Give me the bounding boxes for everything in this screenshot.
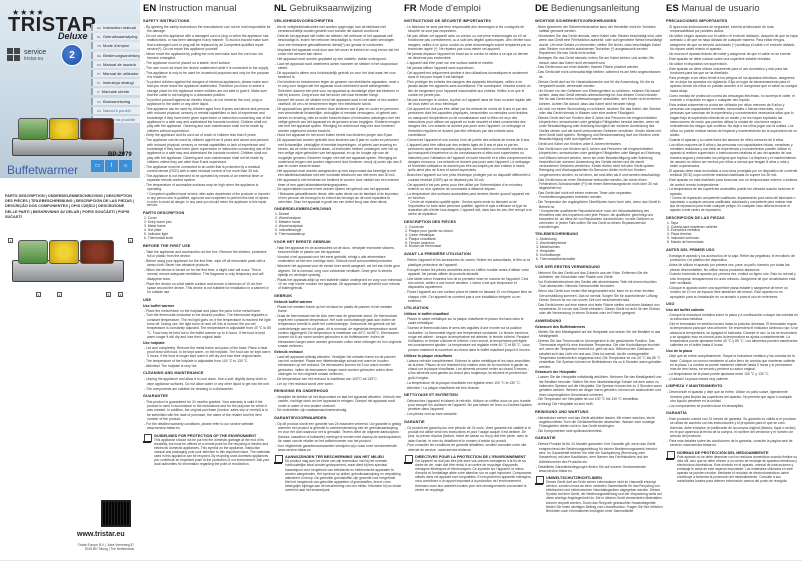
twitter-icon	[14, 55, 20, 61]
column-title: ES Manual de usuario	[666, 3, 798, 14]
company-address: Tristar Europe B.V. | Jules Verneweg 87 …	[68, 543, 134, 551]
use-hotplate-list: - Laat het apparaat volledig afkoelen. V…	[274, 355, 402, 386]
guarantee-list: - Este producto cuenta con 24 meses de g…	[666, 417, 798, 448]
environment-section: NORMAS DE PROTECCIÓN DEL MEDIOAMBIENTE E…	[666, 451, 798, 484]
bullet-item: - Verplaats het apparaat nooit door aan …	[274, 48, 402, 57]
bullet-item: - This appliance is not intended to be o…	[143, 174, 271, 183]
bullet-item: - Tournez le thermostat dans le sens des…	[404, 326, 532, 352]
bullet-item: - Om kinderen te beschermen tegen de gev…	[274, 80, 402, 97]
cleaning-list: - Netzstecker ziehen und das Gerät abküh…	[535, 416, 663, 434]
use-hotplate-heading: Utilisez la plaque chauffante	[404, 354, 532, 358]
bullet-item: - Het apparaat moet worden aangesloten o…	[274, 169, 402, 178]
warranty-badge-icon: 2	[61, 44, 83, 66]
bullet-item: - Beim Ignorieren der Sicherheitshinweis…	[535, 25, 663, 34]
bullet-item: - Attention ! La plaque chauffante est t…	[404, 386, 532, 390]
bullet-item: - Esta unidad solamente no podrá ser uti…	[666, 103, 798, 137]
safety-heading: SAFETY INSTRUCTIONS	[143, 19, 271, 23]
bullet-item: - Wanneer het apparaat voor de eerste ke…	[274, 264, 402, 277]
bullet-item: - Netzstecker ziehen und das Gerät abküh…	[535, 416, 663, 429]
bullet-item: - Stellen Sie den Metallgestell auf die …	[535, 330, 663, 339]
bullet-item: - Houd het apparaat en het snoer buiten …	[274, 133, 402, 137]
page-bottom-divider	[0, 560, 802, 561]
bullet-item: - Como medida de protección contra las d…	[666, 94, 798, 103]
bullet-item: - Het apparaat is niet bestemd om bedien…	[274, 178, 402, 187]
before-first-use-heading: AVANT LA PREMIÈRE UTILISATION	[404, 252, 532, 256]
parts-heading: ONDERDELENBESCHRIJVING	[274, 207, 402, 211]
bullet-item: - Het apparaat moet worden geplaatst op …	[274, 57, 402, 61]
qr-code	[101, 500, 131, 527]
product-tray-meat	[80, 118, 114, 140]
bullet-item: - Desenchufe el aparato y deje que se en…	[666, 390, 798, 403]
bullet-item: - The appliance can be used by children …	[143, 138, 271, 164]
bullet-item: - L'appareil doit être posé sur une surf…	[404, 61, 532, 65]
parts-list: 1. Tapa2. Cubeta para mantener caliente3…	[666, 222, 798, 245]
use-hotplate-heading: Gebruik rechaud	[274, 350, 402, 354]
bullet-item: - The user must not leave the device una…	[143, 66, 271, 70]
bullet-item: - Los niños mayores de 8 años y las pers…	[666, 143, 798, 169]
bullet-item: - Plaats het metalen frame op het rechau…	[274, 305, 402, 314]
safety-heading: INSTRUCTIONS DE SÉCURITÉ IMPORTANTES	[404, 19, 532, 23]
bullet-item: - Detaillierte Garantiebedingungen finde…	[535, 465, 663, 474]
bullet-item: - This product is guaranteed for 24 mont…	[143, 400, 271, 421]
service-note: * Bekwame gekwalificeerde dienst: after-…	[274, 193, 402, 205]
diagram-tray-1	[18, 240, 48, 264]
use-buffet-heading: Gebruik buffet warmer	[274, 300, 402, 304]
part-item: 6. Thermostaatknop	[274, 233, 402, 237]
use-hotplate-list: - Laissez refroidir complètement. Enleve…	[404, 359, 532, 390]
language-tab-pt: PTManual de utilizador	[91, 70, 140, 77]
cleaning-heading: REINIGUNG UND WARTUNG	[535, 410, 663, 414]
bullet-item: - Pour protéger les enfants des dangers …	[404, 80, 532, 97]
bullet-item: - De onderdelen zijn vaatwasmachinebeste…	[274, 408, 402, 412]
safety-list: - Als de veiligheidsinstructies niet wor…	[274, 25, 402, 192]
bullet-item: - Laat het apparaat nooit onbeheerd acht…	[274, 62, 402, 71]
bullet-item: - For the detailed warranty conditions, …	[143, 422, 271, 431]
brand-subtitle: Deluxe	[58, 31, 88, 41]
bullet-item: - Guarde el aparato y su cable fuera del…	[666, 138, 798, 142]
bullet-item: - The components are suitable for cleani…	[143, 387, 271, 391]
bullet-item: - Para proteger a los niños frente a los…	[666, 76, 798, 93]
bullet-item: - Ce produit est garanti pour une périod…	[404, 426, 532, 443]
bullet-item: - This appliance is only to be used for …	[143, 71, 271, 80]
bullet-item: - When the device is turned on for the f…	[143, 268, 271, 281]
bullet-item: - Das Gerät muss auf einer stabilen, fla…	[535, 65, 663, 69]
bullet-item: - Das Gerät muss an einer Steckdose verb…	[535, 178, 663, 191]
parts-heading: DESCRIPTION DES PIÈCES	[404, 220, 532, 224]
environment-heading: GUIDELINES FOR PROTECTION OF THE ENVIRON…	[154, 434, 271, 438]
bullet-item: - Lassen Sie die Heizplatte vollständig …	[535, 375, 663, 396]
column-es: ES Manual de usuario PRECAUCIONES IMPORT…	[666, 0, 798, 566]
thermostat-icon: ⌇	[105, 160, 118, 172]
bullet-item: - Take the appliance and accessories out…	[143, 250, 271, 259]
service-label: service tristar.eu	[24, 49, 46, 63]
guarantee-list: - This product is guaranteed for 24 mont…	[143, 400, 271, 431]
column-title: DE Bedienungsanleitung	[535, 3, 663, 14]
parts-heading: DESCRIPCIÓN DE LAS PIEZAS	[666, 216, 798, 220]
bullet-item: - Este producto cuenta con 24 meses de g…	[666, 417, 798, 438]
guarantee-list: - Ce produit est garanti pour une périod…	[404, 426, 532, 452]
use-buffet-heading: Use buffet warmer	[143, 304, 271, 308]
bullet-item: - Este aparato se debe utilizar únicamen…	[666, 67, 798, 76]
before-first-use-heading: BEFORE THE FIRST USE	[143, 244, 271, 248]
parts-list: 1. Abdeckung2. Warmhaltepfanne3. Metallr…	[535, 238, 663, 261]
environment-text: This appliance should not be put into th…	[154, 438, 271, 467]
facebook-icon	[7, 48, 13, 54]
bullet-item: - La temperatura de la placa puede ajust…	[666, 372, 798, 376]
bullet-item: - Cet appareil ne doit pas être utilisé …	[404, 107, 532, 137]
bullet-item: - Drehen Sie das Thermostat im Uhrzeiger…	[535, 339, 663, 369]
social-icons	[7, 48, 21, 61]
column-nl: NL Gebruiksaanwijzing VEILIGHEIDSVOORSCH…	[274, 0, 402, 566]
bullet-item: - No mueva el aparato tirando del cable …	[666, 52, 798, 56]
bullet-item: - The temperature of accessible surfaces…	[143, 183, 271, 192]
guarantee-heading: GARANTÍA	[666, 411, 798, 415]
safety-list: - Le fabricant ne sera pas tenu responsa…	[404, 25, 532, 200]
use-hotplate-heading: Gebrauch der Heizplatte	[535, 370, 663, 374]
bullet-item: - Posez l'appareil sur une surface plane…	[404, 290, 532, 303]
crossed-bin-icon	[666, 451, 674, 460]
bullet-item: - Ne pas immerger le cordon, la prise ou…	[404, 98, 532, 107]
bullet-item: - By ignoring the safety instructions th…	[143, 25, 271, 34]
bullet-item: - Das Gerät darf nicht unbeaufsichtigt b…	[535, 70, 663, 79]
part-item: 6. Thermostatdrehschalter	[535, 258, 663, 262]
bullet-item: - La temperatura de las superficies acce…	[666, 187, 798, 196]
bullet-item: - The appliance must be connected to an …	[143, 165, 271, 174]
guarantee-list: - Dieses Produkt ist für 24 Monate garan…	[535, 442, 663, 473]
cleaning-list: - Verwijder de stekker uit het stopconta…	[274, 395, 402, 413]
bullet-item: - Placez le cadre métallique sur la plaq…	[404, 317, 532, 326]
cleaning-heading: LIMPIEZA Y MANTENIMIENTO	[666, 384, 798, 388]
bullet-item: - Das Gerät darf nicht mit einem externe…	[535, 191, 663, 200]
bullet-item: - This appliance can be used by children…	[143, 107, 271, 133]
callout-2: 2	[128, 238, 133, 243]
bullet-item: - Retirer l'appareil et les accessoires …	[404, 258, 532, 267]
safety-heading: VEILIGHEIDSVOORSCHRIFTEN	[274, 19, 402, 23]
bullet-item: - El aparato debe estar enchufado a una …	[666, 169, 798, 178]
bullet-item: - Dieses Gerät darf von Kindern über 8 J…	[535, 116, 663, 142]
crossed-bin-icon	[535, 476, 543, 485]
service-note: * Competent qualified repair service: af…	[143, 193, 271, 209]
bullet-item: - Gebruik het apparaat niet indien de st…	[274, 34, 402, 47]
bullet-item: - Este aparato se debe colocar sobre una…	[666, 57, 798, 61]
before-first-use-heading: ANTES DEL PRIMER USO	[666, 248, 798, 252]
bullet-item: - La température des surfaces accessible…	[404, 192, 532, 201]
environment-text: Este aparato no se debe desechar con los…	[677, 455, 798, 484]
bullet-item: - Extraiga el aparato y los accesorios d…	[666, 254, 798, 263]
language-tab-es: ESManual de usuario	[91, 61, 140, 68]
bullet-item: - Débranchez l'appareil et laissez-le re…	[404, 399, 532, 412]
environment-text: Dit product mag aan het einde van zijn l…	[285, 459, 402, 492]
use-heading: USE	[143, 298, 271, 302]
column-de: DE Bedienungsanleitung WICHTIGE SICHERHE…	[535, 0, 663, 566]
bullet-item: - To protect children against the danger…	[143, 80, 271, 97]
bullet-item: - Conservez l'appareil et son cordon hor…	[404, 138, 532, 142]
product-tray-vegetables	[18, 118, 48, 140]
service-note: * Kompetenter qualifizierter Reparaturse…	[535, 210, 663, 230]
bullet-item: - Vor Erstinbetriebnahme des Geräts alle…	[535, 280, 663, 289]
bullet-item: - Verwijder de stekker uit het stopconta…	[274, 395, 402, 408]
language-tab-nl: NLGebruiksaanwijzing	[91, 33, 140, 40]
bullet-item: - Before using your appliance for the fi…	[143, 259, 271, 268]
bullet-item: - Branchez l'appareil sur une prise élec…	[404, 173, 532, 182]
bullet-item: - Die Temperatur der Heizplatte ist von …	[535, 397, 663, 401]
crossed-bin-icon	[404, 455, 412, 464]
parts-list: 1. Couvercle2. Plaque pour garder au cha…	[404, 226, 532, 249]
bullet-item: - Draai de thermostaat met de klok mee n…	[274, 314, 402, 348]
before-first-use-list: - Extraiga el aparato y los accesorios d…	[666, 254, 798, 299]
bullet-item: - Unplug the appliance and allow it to c…	[143, 377, 271, 386]
bullet-item: - Para más detalles sobre las condicione…	[666, 439, 798, 448]
feature-icons: ▭ ⌇ ☼	[91, 160, 132, 172]
use-hotplate-heading: Use hotplate	[143, 341, 271, 345]
language-tab-it: ITManuale utente	[91, 88, 140, 95]
product-name: Buffetwarmer	[7, 163, 78, 177]
bullet-item: - Das Gerät kann von Kindern ab 8 Jahren…	[535, 147, 663, 177]
bullet-item: - Voor uitgebreide garantievoorwaarden v…	[274, 444, 402, 453]
use-buffet-list: - Place the metal frame on the hotplate …	[143, 309, 271, 340]
parts-description-header: PARTS DESCRIPTION | ONDERDELENBESCHRIJVI…	[5, 194, 137, 220]
bullet-item: - Um Kinder vor den Gefahren von Elektro…	[535, 89, 663, 106]
before-first-use-list: - Haal het apparaat en de accessoires ui…	[274, 246, 402, 291]
environment-section: DIRECTIVES POUR LA PROTECTION DE L'ENVIR…	[404, 455, 532, 492]
bullet-item: - To protect yourself against an electri…	[143, 98, 271, 107]
service-note: * Centro de reparación competente cualif…	[666, 197, 798, 213]
before-first-use-list: - Retirer l'appareil et les accessoires …	[404, 258, 532, 303]
use-buffet-list: - Placez le cadre métallique sur la plaq…	[404, 317, 532, 352]
column-title: EN Instruction manual	[143, 3, 271, 14]
service-text: service	[24, 49, 46, 56]
bullet-item: - Ne jamais utiliser l'appareil sans sup…	[404, 66, 532, 70]
safety-list: - By ignoring the safety instructions th…	[143, 25, 271, 192]
column-title: NL Gebruiksaanwijzing	[274, 3, 402, 14]
language-tab-de: DEBedienungsanleitung	[91, 52, 140, 59]
bullet-item: - Das Gerät immer auf eine ebene und fes…	[535, 303, 663, 316]
callout-3: 3	[36, 292, 41, 297]
safety-list: - Beim Ignorieren der Sicherheitshinweis…	[535, 25, 663, 209]
use-buffet-heading: Gebrauch des Buffetwärmers	[535, 325, 663, 329]
bullet-item: - Haal het apparaat en de accessoires ui…	[274, 246, 402, 255]
environment-section: UMWELTSCHUTZRICHTLINIEN Dieses Gerät dar…	[535, 476, 663, 513]
bullet-item: - The appliance must be placed on a stab…	[143, 61, 271, 65]
lamp-icon: ☼	[119, 160, 132, 172]
cleaning-list: - Débranchez l'appareil et laissez-le re…	[404, 399, 532, 417]
guarantee-heading: GARANTIE	[535, 436, 663, 440]
bullet-item: - Als de veiligheidsinstructies niet wor…	[274, 25, 402, 34]
guarantee-heading: GUARANTEE	[143, 394, 271, 398]
safety-list: - Si ignora las instrucciones de segurid…	[666, 25, 798, 196]
parts-heading: TEILEBESCHREIBUNG	[535, 232, 663, 236]
use-buffet-list: - Plaats het metalen frame op het rechau…	[274, 305, 402, 349]
bullet-item: - Laat het apparaat volledig afkoelen. V…	[274, 355, 402, 376]
use-buffet-list: - Stellen Sie den Metallgestell auf die …	[535, 330, 663, 369]
bullet-item: - Ne jamais déplacer l'appareil en tiran…	[404, 52, 532, 61]
use-heading: USO	[666, 302, 798, 306]
before-first-use-list: - Nehmen Sie das Gerät und das Zubehör a…	[535, 271, 663, 316]
bullet-item: - De temperatuur van het rechaud is inst…	[274, 377, 402, 381]
bullet-item: - Turn the thermostat clockwise to the d…	[143, 313, 271, 339]
part-item: 6. Thermostat knob	[143, 237, 271, 241]
bullet-item: - Bewegen Sie das Gerät niemals, indem S…	[535, 56, 663, 65]
use-hotplate-list: - Deje que se enfríe completamente. Saqu…	[666, 354, 798, 381]
bullet-item: - Achtung! Die Heizplatte ist sehr heiß.	[535, 402, 663, 406]
environment-section: GUIDELINES FOR PROTECTION OF THE ENVIRON…	[143, 434, 271, 467]
bullet-item: - Deje que se enfríe completamente. Saqu…	[666, 354, 798, 371]
column-title: FR Mode d'emploi	[404, 3, 532, 14]
bullet-item: - Keep the appliance and its cord out of…	[143, 133, 271, 137]
diagram-tray-3	[80, 240, 114, 264]
guarantee-heading: GARANTIE	[404, 420, 532, 424]
crossed-bin-icon	[143, 434, 151, 443]
bullet-item: - Place the device on a flat stable surf…	[143, 282, 271, 295]
use-hotplate-list: - Lassen Sie die Heizplatte vollständig …	[535, 375, 663, 406]
use-buffet-heading: Uso del buffet caliente	[666, 308, 798, 312]
bullet-item: - Ne pas utiliser cet appareil avec un c…	[404, 34, 532, 51]
language-tab-fr: FRMode d'emploi	[91, 42, 140, 49]
safety-heading: WICHTIGE SICHERHEITSVORKEHRUNGEN	[535, 19, 663, 23]
bullet-item: - La température de la plaque chauffante…	[404, 381, 532, 385]
bullet-item: - ¡Cuidado! La placa estará muy caliente…	[666, 377, 798, 381]
bullet-item: - Let cool completely. Remove the metal …	[143, 346, 271, 359]
use-hotplate-list: - Let cool completely. Remove the metal …	[143, 346, 271, 369]
use-heading: ANWENDUNG	[535, 319, 663, 323]
bullet-item: - Cet appareil n'est pas prévu pour être…	[404, 183, 532, 192]
bullet-item: - Si ignora las instrucciones de segurid…	[666, 25, 798, 34]
bullet-item: - Nehmen Sie das Gerät und das Zubehör a…	[535, 271, 663, 280]
bullet-item: - No utilice el dispositivo sin supervis…	[666, 62, 798, 66]
language-tab-sv: SVBruksanvisning	[91, 98, 140, 105]
safety-heading: PRECAUCIONES IMPORTANTES	[666, 19, 798, 23]
cleaning-heading: REINIGING EN ONDERHOUD	[274, 389, 402, 393]
language-tab-pl: PLInstrukcja obsługi	[91, 79, 140, 86]
bullet-item: - Die Komponenten sind spülmaschinenfest…	[535, 429, 663, 433]
callout-1: 1	[8, 238, 13, 243]
bullet-item: - Do not use this appliance with a damag…	[143, 34, 271, 51]
bullet-item: - Gire el termostato en sentido horario …	[666, 322, 798, 348]
use-hotplate-heading: Uso de la placa	[666, 349, 798, 353]
bullet-item: - Verwenden Sie das Gerät niemals, wenn …	[535, 34, 663, 55]
bullet-item: - Dieses Gerät darf nur für Haushaltszwe…	[535, 80, 663, 89]
bullet-item: - Cuando encienda el aparato por primera…	[666, 272, 798, 285]
service-note: * Centre de réparation qualifié agréé : …	[404, 201, 532, 217]
website-link[interactable]: www.tristar.eu	[77, 531, 125, 538]
bullet-item: - Op dit product wordt een garantie van …	[274, 422, 402, 443]
bullet-item: - Die Temperatur der zugänglichen Oberfl…	[535, 200, 663, 209]
bullet-item: - Wenn das Gerät zum ersten Mal eingesch…	[535, 289, 663, 302]
bullet-item: - Um sich vor einem Stromschlag zu schüt…	[535, 107, 663, 116]
before-first-use-heading: VOOR HET EERSTE GEBRUIK	[274, 240, 402, 244]
language-tab-en: ENInstruction manual	[91, 24, 140, 31]
part-item: 6. Mando del termostato	[666, 241, 798, 245]
diagram-tray-2	[49, 240, 79, 264]
callout-6: 6	[118, 292, 123, 297]
cover-panel: ★★★★ TRISTAR Deluxe service tristar.eu 2…	[0, 0, 140, 566]
use-buffet-list: - Coloque la estructura metálica sobre l…	[666, 313, 798, 348]
bullet-item: - Antes de utilizar el aparato por prime…	[666, 263, 798, 272]
before-first-use-list: - Take the appliance and accessories out…	[143, 250, 271, 295]
before-first-use-heading: VOR DER ERSTEN VERWENDUNG	[535, 265, 663, 269]
part-item: 6. Bouton de thermostat	[404, 245, 532, 249]
cleaning-heading: NETTOYAGE ET ENTRETIEN	[404, 393, 532, 397]
youtube-icon	[14, 48, 20, 54]
bullet-item: - L'appareil peut être utilisé par des e…	[404, 143, 532, 173]
bullet-item: - Never move the appliance by pulling th…	[143, 52, 271, 61]
bullet-item: - Place the metal frame on the hotplate …	[143, 309, 271, 313]
cleaning-heading: CLEANING AND MAINTENANCE	[143, 371, 271, 375]
service-url: tristar.eu	[24, 56, 46, 63]
parts-diagram: 1 2 3 4 5 6	[8, 228, 134, 300]
bullet-item: - Une faible odeur émanera lors de la pr…	[404, 277, 532, 290]
bullet-item: - Voordat u het apparaat voor het eerst …	[274, 255, 402, 264]
parts-list: 1. Cover2. Keep warm pan3. Metal frame4.…	[143, 217, 271, 240]
instagram-icon	[7, 55, 13, 61]
environment-text: Dieses Gerät darf am Ende seiner Lebensd…	[546, 480, 663, 513]
use-buffet-heading: Utilisez le buffet chauffant	[404, 312, 532, 316]
bullet-item: - Dit apparaat kan gebruikt worden door …	[274, 107, 402, 133]
cleaning-list: - Desenchufe el aparato y deje que se en…	[666, 390, 798, 408]
bullet-item: - Dieses Produkt ist für 24 Monate garan…	[535, 442, 663, 463]
bullet-item: - Laissez refroidir complètement. Enleve…	[404, 359, 532, 380]
cleaning-list: - Unplug the appliance and allow it to c…	[143, 377, 271, 390]
bullet-item: - Coloque el aparato sobre una superfici…	[666, 286, 798, 299]
bullet-item: - Essuyez toutes les pièces amovibles av…	[404, 268, 532, 277]
use-heading: GEBRUIK	[274, 294, 402, 298]
crossed-bin-icon	[274, 455, 282, 464]
parts-list: 1. Deksel2. Warmhoudpan3. Metalen frame4…	[274, 213, 402, 236]
bullet-item: - Dit apparaat is alleen voor huishoudel…	[274, 71, 402, 80]
callout-4: 4	[57, 292, 62, 297]
bullet-item: - Cet appareil est uniquement destiné à …	[404, 71, 532, 80]
column-fr: FR Mode d'emploi INSTRUCTIONS DE SÉCURIT…	[404, 0, 532, 566]
guarantee-heading: GARANTIEVOORWAARDEN	[274, 416, 402, 420]
bullet-item: - Pour consulter les conditions de garan…	[404, 443, 532, 452]
environment-text: Cet appareil ne doit pas être jeté avec …	[415, 459, 532, 492]
bullet-item: - Attention! The hotplate is very hot.	[143, 364, 271, 368]
bullet-item: - Gerät und Kabel von Kindern unter 8 Ja…	[535, 142, 663, 146]
bullet-item: - No utilice ningún aparato con el cable…	[666, 34, 798, 51]
model-number: BP-2979	[108, 152, 132, 158]
bullet-item: - Los componentes se pueden lavar en lav…	[666, 404, 798, 408]
bullet-item: - Dit apparaat kan worden gebruikt door …	[274, 138, 402, 168]
parts-heading: PARTS DESCRIPTION	[143, 211, 271, 215]
callout-5: 5	[106, 292, 111, 297]
bullet-item: - The temperature of the hotplate is adj…	[143, 359, 271, 363]
bullet-item: - Le fabricant ne sera pas tenu responsa…	[404, 25, 532, 34]
column-en: EN Instruction manual SAFETY INSTRUCTION…	[143, 0, 271, 566]
bullet-item: - Les pièces vont au lave-vaisselle.	[404, 412, 532, 416]
plate-icon: ▭	[91, 160, 104, 172]
bullet-item: - Coloque la estructura metálica sobre l…	[666, 313, 798, 322]
bullet-item: - Let op: Het rechaud wordt zeer warm.	[274, 382, 402, 386]
bullet-item: - Plaats het apparaat altijd op een stab…	[274, 278, 402, 291]
bullet-item: - Este aparato no está diseñado para fun…	[666, 178, 798, 187]
product-tray-potatoes	[49, 118, 79, 140]
use-heading: UTILISATION	[404, 306, 532, 310]
guarantee-list: - Op dit product wordt een garantie van …	[274, 422, 402, 453]
bullet-item: - Dompel het snoer, de stekker en/of het…	[274, 98, 402, 107]
environment-section: AANWIJZINGEN TER BESCHERMING VAN HET MIL…	[274, 455, 402, 492]
